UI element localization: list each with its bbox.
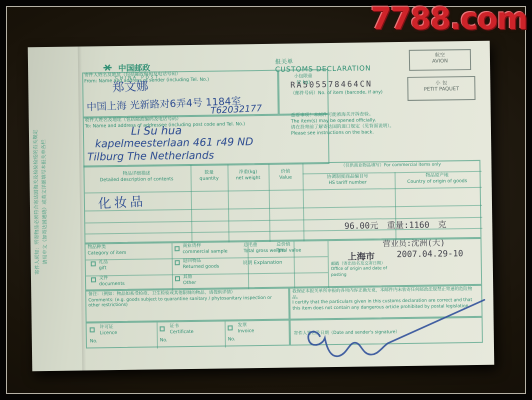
licence-no-label: No. — [90, 339, 120, 345]
certificate-no-label: No. — [160, 338, 190, 344]
col-quantity-header: 数量 quantity — [192, 170, 227, 182]
category-label: 物品种类 Category of item — [88, 244, 168, 257]
documents-label: 文件 documents — [99, 276, 143, 289]
divider — [157, 322, 158, 348]
licence-checkbox — [90, 327, 95, 332]
total-value-label: 总价值 Total value — [277, 242, 317, 254]
photo-of-customs-form: 寄件人须知：所寄物品必须符合寄达国海关及检验检疫的有关规定 请用中文（如寄达国通… — [0, 0, 532, 400]
addressee-line2-handwritten: kapelmeesterlaan 461 r49 ND — [95, 136, 253, 150]
divider — [172, 243, 174, 290]
customs-declaration-paper: 寄件人须知：所寄物品必须符合寄达国海关及检验检疫的有关规定 请用中文（如寄达国通… — [28, 41, 494, 371]
invoice-checkbox — [228, 325, 233, 330]
col-netweight-header: 净重(kg) net weight — [229, 170, 268, 182]
addressee-line1-handwritten: Li Su hua — [131, 124, 182, 138]
divider — [327, 241, 329, 288]
sender-name-handwritten: 郑文娜 — [112, 77, 149, 96]
other-label: 其他 Other — [183, 275, 223, 287]
other-checkbox — [175, 276, 180, 281]
commercial-sample-checkbox — [175, 246, 180, 251]
addressee-line3-handwritten: Tilburg The Netherlands — [87, 150, 214, 164]
explanation-label: 说明 Explanation — [243, 260, 303, 267]
comments-text: 备注：（例如：物品如系受检疫、卫生检验或其他限制的物品，请提供详情） Comme… — [88, 290, 284, 310]
licence-label: 许可证 Licence — [100, 325, 148, 338]
gift-label: 礼品 gift — [99, 260, 139, 272]
invoice-no-label: No. — [228, 337, 258, 343]
divider — [225, 322, 226, 348]
gift-checkbox — [91, 261, 96, 266]
certification-text: 我保证本报关单所申报的各项内容正确无讹，本邮件内未装寄任何邮政法规禁止寄递的危险… — [292, 287, 478, 312]
documents-checkbox — [91, 277, 96, 282]
certificate-label: 证书 Certificate — [170, 324, 220, 337]
side-instructions: 寄件人须知：所寄物品必须符合寄达国海关及检验检疫的有关规定 请用中文（如寄达国通… — [31, 82, 64, 322]
7788-watermark: 7788.com — [370, 2, 527, 37]
stamp-amount-weight: 96.00元 重量:1160 克 — [344, 218, 446, 231]
avion-stamp-box: 航空 AVION — [409, 49, 471, 71]
returned-goods-label: 退回物品 Returned goods — [183, 258, 235, 271]
returned-goods-checkbox — [175, 260, 180, 265]
col-hs-header: 协调制度商品编目号 HS tariff number — [304, 174, 392, 187]
col-description-header: 物品详细描述 Detailed description of contents — [86, 171, 188, 184]
ref-cell-text: 小包限重 (2 kg) — [280, 74, 326, 87]
col-origin-header: 物品原产地 Country of origin of goods — [396, 173, 479, 186]
certificate-checkbox — [160, 326, 165, 331]
contents-row1-description-handwritten: 化妆品 — [97, 191, 146, 212]
commercial-sample-label: 商业货样 commercial sample — [183, 243, 238, 256]
invoice-label: 发票 Invoice — [238, 323, 282, 336]
col-value-header: 价值 Value — [269, 169, 301, 181]
